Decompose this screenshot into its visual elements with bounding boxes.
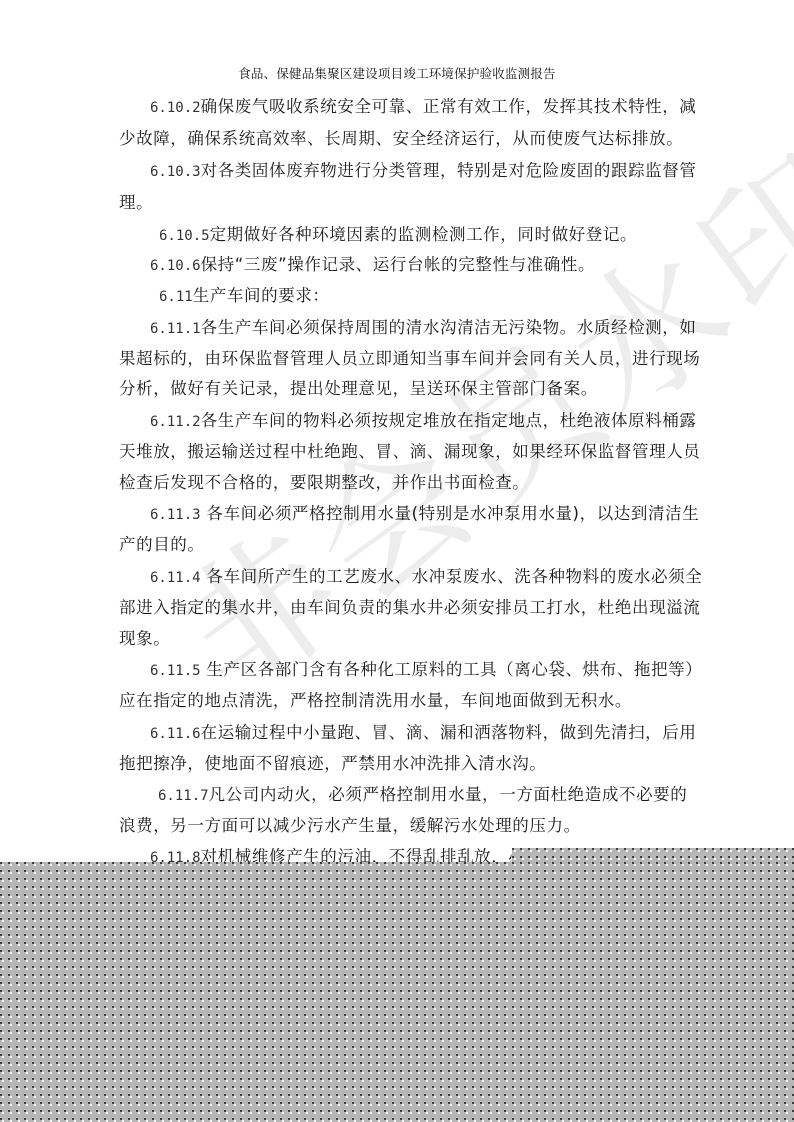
line-text: 各车间必须严格控制用水量(特别是水冲泵用水量)，以达到清洁生 <box>201 504 700 523</box>
section-number: 6.10.6 <box>150 258 201 274</box>
line-text: 理。 <box>119 193 153 212</box>
paragraph-start-line: 6.11.1各生产车间必须保持周围的清水沟清洁无污染物。水质经检测，如 <box>150 313 696 343</box>
document-page: 食品、保健品集聚区建设项目竣工环境保护验收监测报告 6.10.2确保废气吸收系统… <box>0 0 794 1122</box>
paragraph-continuation-line: 分析，做好有关记录，提出处理意见，呈送环保主管部门备案。 <box>119 374 598 404</box>
section-number: 6.10.2 <box>150 100 201 116</box>
paragraph-continuation-line: 拖把擦净，使地面不留痕迹，严禁用水冲洗排入清水沟。 <box>119 749 547 779</box>
line-text: 产的目的。 <box>119 535 205 554</box>
line-text: 保持“三废”操作记录、运行台帐的完整性与准确性。 <box>201 255 596 274</box>
paragraph-continuation-line: 天堆放，搬运输送过程中杜绝跑、冒、滴、漏现象，如果经环保监督管理人员 <box>119 437 700 467</box>
paragraph-start-line: 6.10.6保持“三废”操作记录、运行台帐的完整性与准确性。 <box>150 250 595 280</box>
paragraph-start-line: 6.11.7凡公司内动火，必须严格控制用水量，一方面杜绝造成不必要的 <box>158 780 687 810</box>
paragraph-continuation-line: 浪费，另一方面可以减少污水产生量，缓解污水处理的压力。 <box>119 811 581 841</box>
paragraph-continuation-line: 部进入指定的集水井，由车间负责的集水井必须安排员工打水，杜绝出现溢流 <box>119 593 700 623</box>
paragraph-continuation-line: 少故障，确保系统高效率、长周期、安全经济运行，从而使废气达标排放。 <box>119 124 683 154</box>
line-text: 少故障，确保系统高效率、长周期、安全经济运行，从而使废气达标排放。 <box>119 129 683 148</box>
section-number: 6.11.6 <box>150 726 201 742</box>
section-number: 6.11.5 <box>150 663 201 679</box>
section-number: 6.11.3 <box>150 507 201 523</box>
line-text: 应在指定的地点清洗，严格控制清洗用水量，车间地面做到无积水。 <box>119 691 632 710</box>
paragraph-start-line: 6.10.2确保废气吸收系统安全可靠、正常有效工作，发挥其技术特性，减 <box>150 92 696 122</box>
line-text: 拖把擦净，使地面不留痕迹，严禁用水冲洗排入清水沟。 <box>119 754 547 773</box>
paragraph-start-line: 6.11.2各生产车间的物料必须按规定堆放在指定地点，杜绝液体原料桶露 <box>150 406 696 436</box>
line-text: 凡公司内动火，必须严格控制用水量，一方面杜绝造成不必要的 <box>209 785 688 804</box>
paragraph-continuation-line: 应在指定的地点清洗，严格控制清洗用水量，车间地面做到无积水。 <box>119 686 632 716</box>
paragraph-continuation-line: 理。 <box>119 188 153 218</box>
line-text: 天堆放，搬运输送过程中杜绝跑、冒、滴、漏现象，如果经环保监督管理人员 <box>119 442 700 461</box>
section-number: 6.11.4 <box>150 570 201 586</box>
paragraph-continuation-line: 检查后发现不合格的，要限期整改，并作出书面检查。 <box>119 468 529 498</box>
paragraph-continuation-line: 产的目的。 <box>119 530 205 560</box>
paragraph-start-line: 6.11.6在运输过程中小量跑、冒、滴、漏和洒落物料，做到先清扫，后用 <box>150 718 696 748</box>
line-text: 浪费，另一方面可以减少污水产生量，缓解污水处理的压力。 <box>119 816 581 835</box>
line-text: 在运输过程中小量跑、冒、滴、漏和洒落物料，做到先清扫，后用 <box>201 723 697 742</box>
section-number: 6.11.2 <box>150 414 201 430</box>
paragraph-start-line: 6.10.5定期做好各种环境因素的监测检测工作，同时做好登记。 <box>159 220 637 250</box>
paragraph-start-line: 6.11.5 生产区各部门含有各种化工原料的工具（离心袋、烘布、拖把等） <box>150 655 702 685</box>
paragraph-start-line: 6.11生产车间的要求： <box>159 281 330 311</box>
section-number: 6.11 <box>159 289 193 305</box>
paragraph-continuation-line: 果超标的，由环保监督管理人员立即通知当事车间并会同有关人员，进行现场 <box>119 344 700 374</box>
line-text: 各生产车间的物料必须按规定堆放在指定地点，杜绝液体原料桶露 <box>201 411 697 430</box>
section-number: 6.11.7 <box>158 788 209 804</box>
paragraph-start-line: 6.10.3对各类固体废弃物进行分类管理，特别是对危险废固的跟踪监督管 <box>150 156 696 186</box>
line-text: 果超标的，由环保监督管理人员立即通知当事车间并会同有关人员，进行现场 <box>119 349 700 368</box>
section-number: 6.10.5 <box>159 228 210 244</box>
running-header: 食品、保健品集聚区建设项目竣工环境保护验收监测报告 <box>0 64 794 82</box>
line-text: 确保废气吸收系统安全可靠、正常有效工作，发挥其技术特性，减 <box>201 97 697 116</box>
line-text: 定期做好各种环境因素的监测检测工作，同时做好登记。 <box>210 225 638 244</box>
section-number: 6.11.1 <box>150 321 201 337</box>
line-text: 生产车间的要求： <box>193 286 330 305</box>
paragraph-start-line: 6.11.3 各车间必须严格控制用水量(特别是水冲泵用水量)，以达到清洁生 <box>150 499 699 529</box>
line-text: 生产区各部门含有各种化工原料的工具（离心袋、烘布、拖把等） <box>201 660 703 679</box>
line-text: 分析，做好有关记录，提出处理意见，呈送环保主管部门备案。 <box>119 379 598 398</box>
line-text: 各车间所产生的工艺废水、水冲泵废水、洗各种物料的废水必须全 <box>201 567 703 586</box>
preview-mask-overlay <box>0 862 794 1122</box>
line-text: 部进入指定的集水井，由车间负责的集水井必须安排员工打水，杜绝出现溢流 <box>119 598 700 617</box>
paragraph-start-line: 6.11.4 各车间所产生的工艺废水、水冲泵废水、洗各种物料的废水必须全 <box>150 562 702 592</box>
section-number: 6.10.3 <box>150 164 201 180</box>
line-text: 现象。 <box>119 629 170 648</box>
line-text: 各生产车间必须保持周围的清水沟清洁无污染物。水质经检测，如 <box>201 318 697 337</box>
paragraph-continuation-line: 现象。 <box>119 624 170 654</box>
line-text: 对各类固体废弃物进行分类管理，特别是对危险废固的跟踪监督管 <box>201 161 697 180</box>
line-text: 检查后发现不合格的，要限期整改，并作出书面检查。 <box>119 473 529 492</box>
